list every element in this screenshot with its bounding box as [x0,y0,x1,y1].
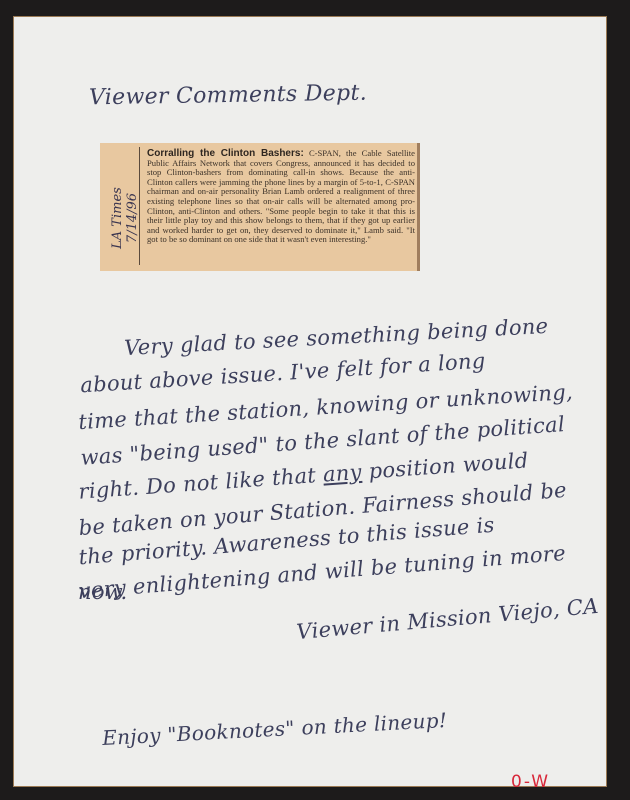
clipping-article: Corralling the Clinton Bashers: C-SPAN, … [147,149,415,245]
newspaper-clipping: LA Times 7/14/96 Corralling the Clinton … [100,143,420,271]
clipping-divider [139,147,140,265]
letter-line: now. [78,580,128,604]
letter-line: Very glad to see something being done [124,314,549,360]
letter-text: position would [368,448,529,483]
postscript: Enjoy "Booknotes" on the lineup! [102,708,448,750]
letter-text: right. Do not like that [78,463,317,504]
clipping-source-publication: LA Times [110,183,125,253]
signature: Viewer in Mission Viejo, CA [296,594,600,644]
letter-emphasis: any [322,460,362,487]
clipping-source-note: LA Times 7/14/96 [110,183,140,253]
letter-page: Viewer Comments Dept. LA Times 7/14/96 C… [13,16,607,787]
clipping-source-date: 7/14/96 [125,183,140,253]
header-note: Viewer Comments Dept. [89,81,367,111]
clipping-body: C-SPAN, the Cable Satellite Public Affai… [147,148,415,244]
archive-code: 0-W [511,772,550,792]
